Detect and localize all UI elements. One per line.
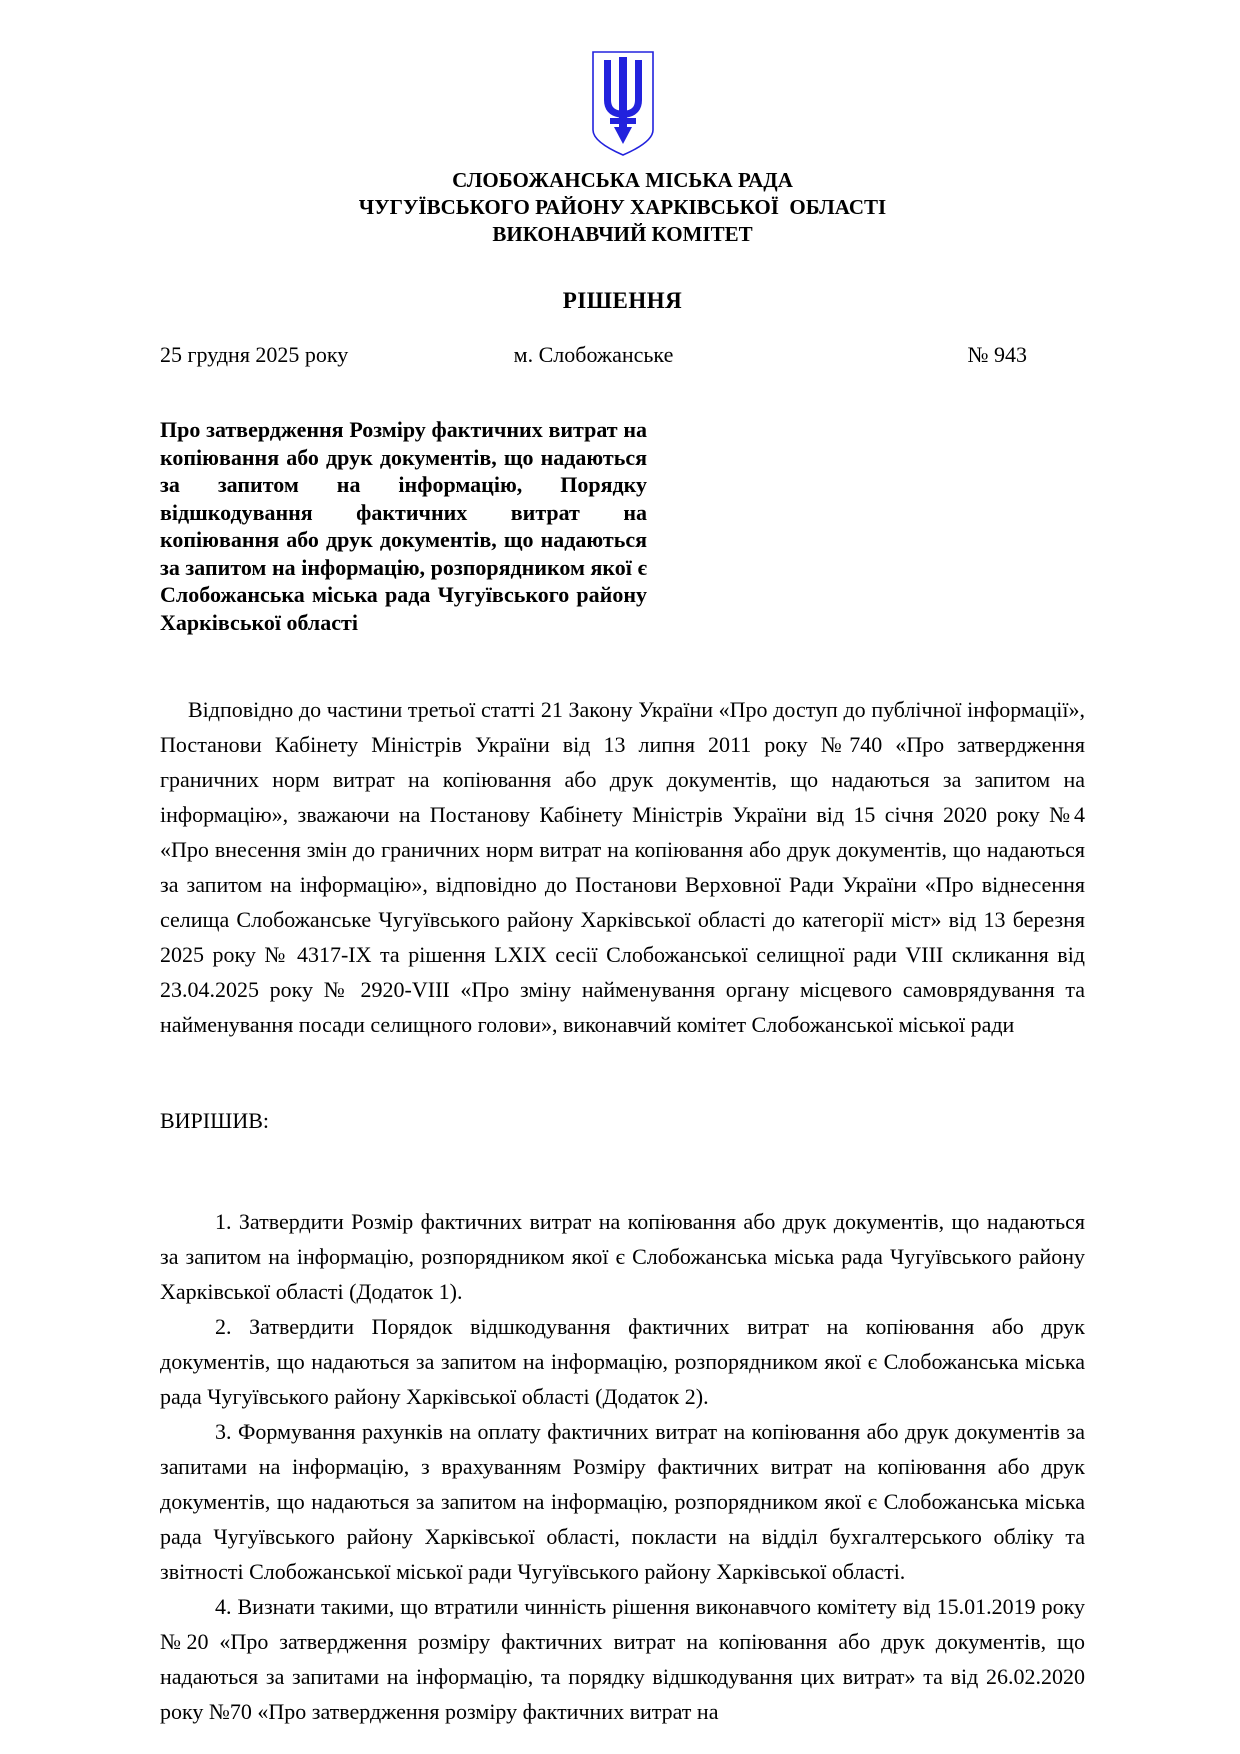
org-name-line2: ЧУГУЇВСЬКОГО РАЙОНУ ХАРКІВСЬКОЇ ОБЛАСТІ — [160, 194, 1085, 221]
org-name-line1: СЛОБОЖАНСЬКА МІСЬКА РАДА — [160, 167, 1085, 194]
document-type-title: РІШЕННЯ — [160, 288, 1085, 314]
resolution-item-4: 4. Визнати такими, що втратили чинність … — [160, 1589, 1085, 1729]
document-date: 25 грудня 2025 року — [160, 342, 514, 368]
org-header: СЛОБОЖАНСЬКА МІСЬКА РАДА ЧУГУЇВСЬКОГО РА… — [160, 167, 1085, 248]
resolved-label: ВИРІШИВ: — [160, 1108, 1085, 1134]
preamble-paragraph: Відповідно до частини третьої статті 21 … — [160, 692, 1085, 1042]
document-content: СЛОБОЖАНСЬКА МІСЬКА РАДА ЧУГУЇВСЬКОГО РА… — [0, 0, 1240, 1729]
ukraine-tryzub-icon — [591, 50, 655, 158]
org-name-line3: ВИКОНАВЧИЙ КОМІТЕТ — [160, 221, 1085, 248]
subject-block: Про затвердження Розміру фактичних витра… — [160, 416, 647, 636]
resolution-item-2: 2. Затвердити Порядок відшкодування факт… — [160, 1309, 1085, 1414]
resolution-item-3: 3. Формування рахунків на оплату фактичн… — [160, 1414, 1085, 1589]
meta-row: 25 грудня 2025 року м. Слобожанське № 94… — [160, 342, 1085, 368]
resolution-item-1: 1. Затвердити Розмір фактичних витрат на… — [160, 1204, 1085, 1309]
coat-of-arms — [160, 50, 1085, 163]
document-number: № 943 — [673, 342, 1085, 368]
resolution-items: 1. Затвердити Розмір фактичних витрат на… — [160, 1204, 1085, 1729]
document-place: м. Слобожанське — [514, 342, 674, 368]
document-page: СЛОБОЖАНСЬКА МІСЬКА РАДА ЧУГУЇВСЬКОГО РА… — [0, 0, 1240, 1754]
